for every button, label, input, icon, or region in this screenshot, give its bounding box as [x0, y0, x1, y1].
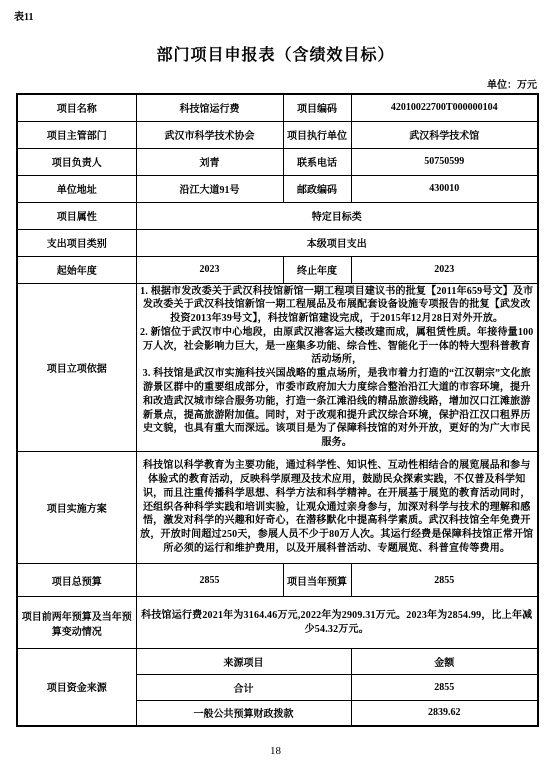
expense-category-label: 支出项目类别: [17, 229, 136, 256]
document-page: 表11 部门项目申报表（含绩效目标） 单位：万元 项目名称 科技馆运行费 项目编…: [0, 0, 551, 769]
table-row: 起始年度 2023 终止年度 2023: [17, 256, 538, 283]
table-row: 项目属性 特定目标类: [17, 202, 538, 229]
dept-value: 武汉市科学技术协会: [136, 121, 283, 148]
budget-change-text: 科技馆运行费2021年为3164.46万元,2022年为2909.31万元。20…: [136, 597, 538, 649]
table-row: 支出项目类别 本级项目支出: [17, 229, 538, 256]
table-row: 项目立项依据 1. 根据市发改委关于武汉科技馆新馆一期工程项目建议书的批复【20…: [17, 283, 538, 452]
leader-label: 项目负责人: [17, 148, 136, 175]
budget-change-label: 项目前两年预算及当年预算变动情况: [17, 597, 136, 649]
current-budget-label: 项目当年预算: [283, 564, 351, 597]
end-year-value: 2023: [351, 256, 538, 283]
postcode-value: 430010: [351, 175, 538, 202]
table-row: 项目资金来源 来源项目 金额: [17, 649, 538, 675]
funding-general-source: 一般公共预算财政拨款: [136, 701, 351, 726]
table-row: 项目名称 科技馆运行费 项目编码 42010022700T000000104: [17, 94, 538, 121]
funding-general-amount: 2839.62: [351, 701, 538, 726]
total-budget-value: 2855: [136, 564, 283, 597]
basis-paragraph-2: 2. 新馆位于武汉市中心地段，由原武汉港客运大楼改建而成，属租赁性质。年接待量1…: [140, 326, 535, 367]
basis-paragraph-3: 3. 科技馆是武汉市实施科技兴国战略的重点场所，是我市着力打造的“江汉朝宗”文化…: [140, 367, 535, 450]
page-number: 18: [0, 745, 551, 757]
plan-label: 项目实施方案: [17, 452, 136, 564]
project-code-label: 项目编码: [283, 94, 351, 121]
project-name-label: 项目名称: [17, 94, 136, 121]
exec-unit-value: 武汉科学技术馆: [351, 121, 538, 148]
table-row: 单位地址 沿江大道91号 邮政编码 430010: [17, 175, 538, 202]
table-row: 项目实施方案 科技馆以科学教育为主要功能，通过科学性、知识性、互动性相结合的展览…: [17, 452, 538, 564]
basis-label: 项目立项依据: [17, 283, 136, 452]
address-value: 沿江大道91号: [136, 175, 283, 202]
table-row: 项目负责人 刘青 联系电话 50750599: [17, 148, 538, 175]
project-application-table: 项目名称 科技馆运行费 项目编码 42010022700T000000104 项…: [16, 93, 539, 727]
dept-label: 项目主管部门: [17, 121, 136, 148]
project-code-value: 42010022700T000000104: [351, 94, 538, 121]
page-title: 部门项目申报表（含绩效目标）: [0, 42, 551, 65]
funding-total-amount: 2855: [351, 675, 538, 701]
table-row: 项目主管部门 武汉市科学技术协会 项目执行单位 武汉科学技术馆: [17, 121, 538, 148]
funding-total-source: 合计: [136, 675, 351, 701]
table-row: 项目总预算 2855 项目当年预算 2855: [17, 564, 538, 597]
attribute-value: 特定目标类: [136, 202, 538, 229]
total-budget-label: 项目总预算: [17, 564, 136, 597]
expense-category-value: 本级项目支出: [136, 229, 538, 256]
phone-label: 联系电话: [283, 148, 351, 175]
basis-paragraph-1: 1. 根据市发改委关于武汉科技馆新馆一期工程项目建议书的批复【2011年659号…: [140, 285, 535, 326]
funding-col-amount-header: 金额: [351, 649, 538, 675]
table-row: 项目前两年预算及当年预算变动情况 科技馆运行费2021年为3164.46万元,2…: [17, 597, 538, 649]
funding-source-label: 项目资金来源: [17, 649, 136, 726]
postcode-label: 邮政编码: [283, 175, 351, 202]
funding-col-source-header: 来源项目: [136, 649, 351, 675]
current-budget-value: 2855: [351, 564, 538, 597]
basis-text: 1. 根据市发改委关于武汉科技馆新馆一期工程项目建议书的批复【2011年659号…: [136, 283, 538, 452]
phone-value: 50750599: [351, 148, 538, 175]
exec-unit-label: 项目执行单位: [283, 121, 351, 148]
sheet-label: 表11: [14, 8, 33, 23]
start-year-value: 2023: [136, 256, 283, 283]
address-label: 单位地址: [17, 175, 136, 202]
project-name-value: 科技馆运行费: [136, 94, 283, 121]
leader-value: 刘青: [136, 148, 283, 175]
attribute-label: 项目属性: [17, 202, 136, 229]
start-year-label: 起始年度: [17, 256, 136, 283]
plan-text: 科技馆以科学教育为主要功能，通过科学性、知识性、互动性相结合的展览展品和参与体验…: [136, 452, 538, 564]
end-year-label: 终止年度: [283, 256, 351, 283]
unit-note: 单位：万元: [487, 76, 537, 91]
